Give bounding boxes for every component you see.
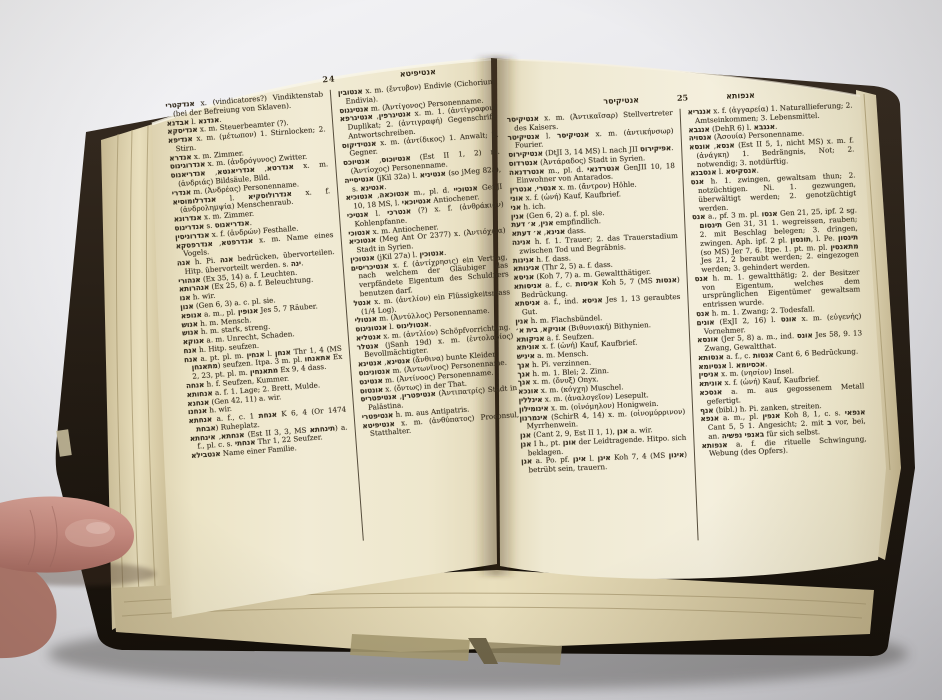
book-photo: 24 אנטיפיטא אנדקטרי x. (vindicatores?) V… (0, 0, 942, 700)
hand (0, 556, 57, 658)
fore-edge-line (864, 94, 890, 470)
right-page-text: אנטיקיסר 25 אנפותא אנטיקיסר x. m. (Ἀντικ… (506, 86, 870, 548)
right-page-catchword-left: אנטיקיסר (603, 94, 639, 111)
thumb-creases (28, 506, 57, 567)
worn-patch-spine (468, 638, 498, 664)
right-page-column-2: אנגריא x. f. (ἀγγαρεία) 1. Naturalliefer… (680, 101, 871, 540)
thumb-shadow (0, 562, 156, 586)
page-edge-lines-left (116, 126, 156, 622)
page-stack-bottom (112, 570, 874, 652)
dictionary-entry: אנס a., pf. 3 m. pl. אנסו Gen 21, 25, ip… (692, 207, 859, 275)
worn-patch-right (482, 642, 562, 665)
left-page-column-2: אנטובין x. m. (ἔντυβον) Endivie (Cichori… (330, 78, 528, 541)
left-page-number: 24 (322, 73, 336, 84)
page-stack-left (101, 120, 178, 630)
right-page-catchword-right: אנפותא (726, 90, 755, 107)
left-page-text: 24 אנטיפיטא אנדקטרי x. (vindicatores?) V… (164, 62, 527, 553)
page-edge-lines-bottom (122, 593, 866, 618)
right-page-columns: אנטיקיסר x. m. (Ἀντικαῖσαρ) Stellvertret… (507, 101, 871, 547)
left-page-columns: אנדקטרי x. (vindicatores?) Vindiktenstab… (165, 78, 527, 553)
right-page-column-1: אנטיקיסר x. m. (Ἀντικαῖσαρ) Stellvertret… (507, 109, 698, 548)
left-page-column-1: אנדקטרי x. (vindicatores?) Vindiktenstab… (165, 90, 363, 553)
left-page-catchword: אנטיפיטא (399, 66, 436, 79)
thumb (0, 496, 134, 572)
book-drop-shadow (48, 618, 908, 690)
worn-patch-edge (56, 429, 72, 456)
right-page-number: 25 (677, 92, 689, 108)
worn-patch-left (350, 634, 470, 661)
thumb-highlight (86, 522, 110, 534)
thumb-nail (65, 519, 115, 547)
